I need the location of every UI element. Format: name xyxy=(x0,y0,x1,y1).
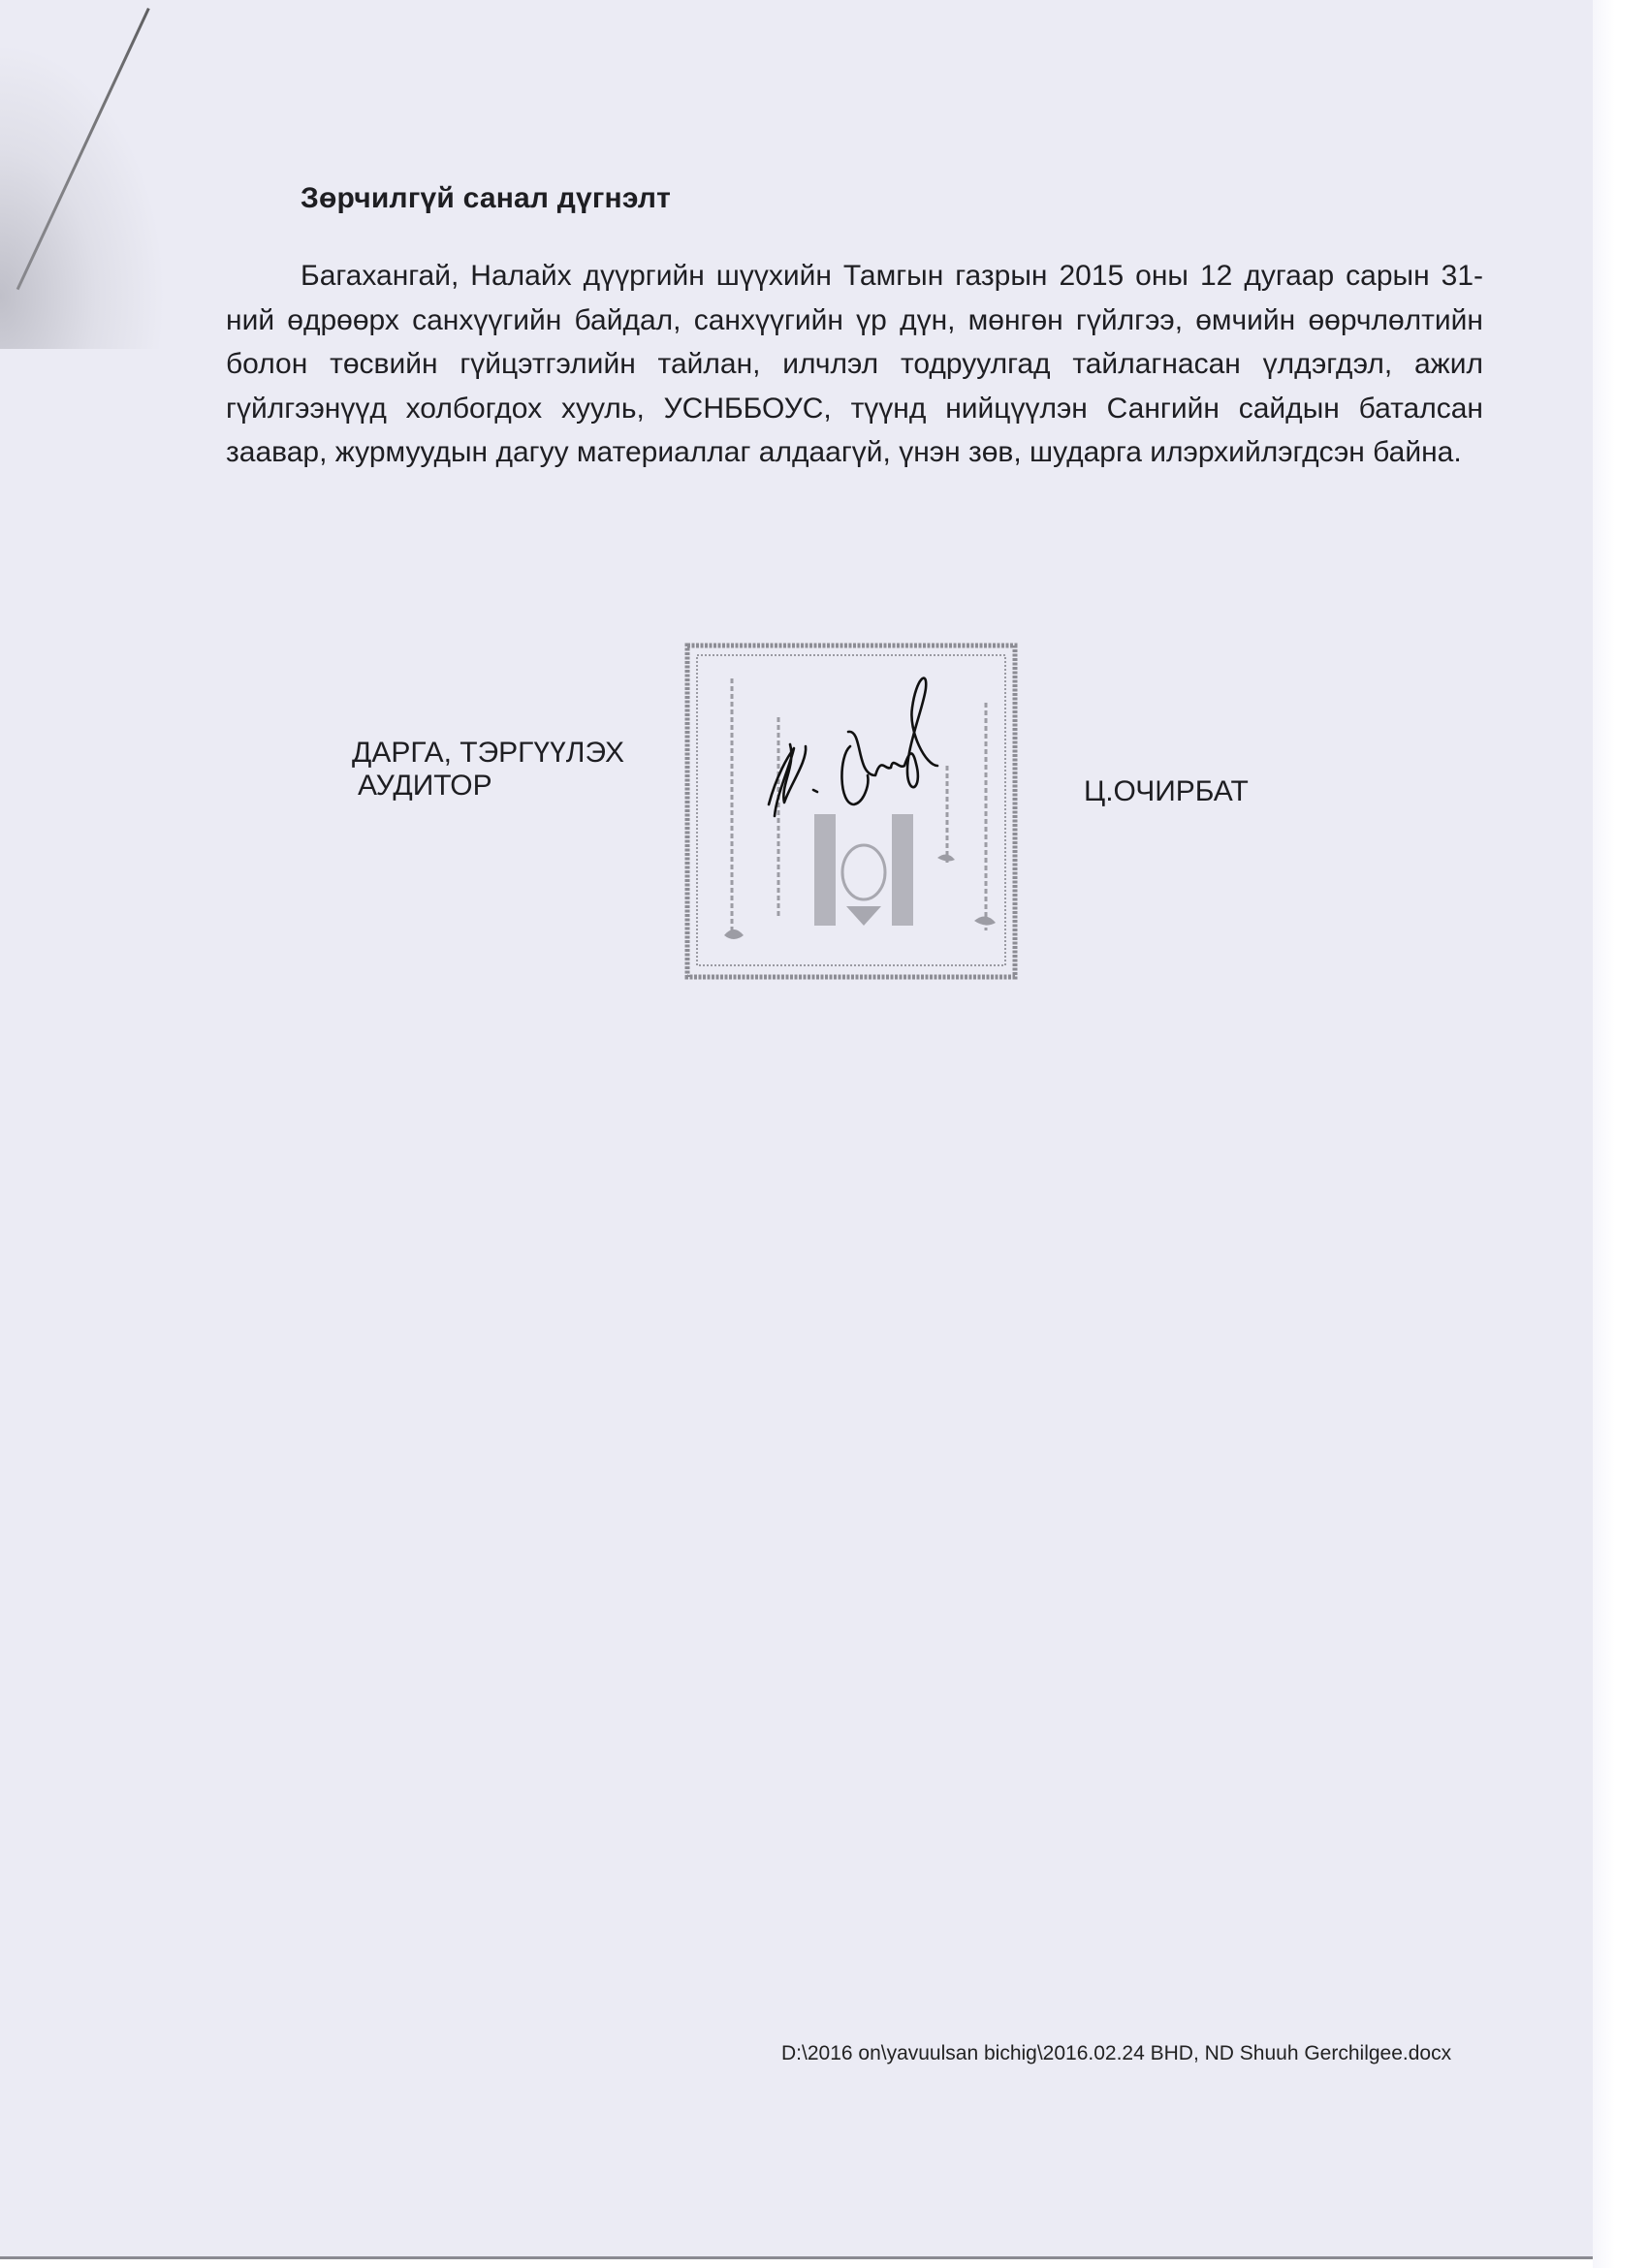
scan-margin xyxy=(1593,0,1648,2268)
document-heading: Зөрчилгүй санал дүгнэлт xyxy=(301,182,671,215)
signatory-name: Ц.ОЧИРБАТ xyxy=(1084,775,1249,808)
signatory-title: ДАРГА, ТЭРГҮҮЛЭХ АУДИТОР xyxy=(352,737,624,803)
official-seal-icon xyxy=(683,640,1021,984)
file-path-footer: D:\2016 on\yavuulsan bichig\2016.02.24 B… xyxy=(781,2042,1451,2065)
signatory-title-line1: ДАРГА, ТЭРГҮҮЛЭХ xyxy=(352,737,624,770)
opinion-paragraph: Багахангай, Налайх дүүргийн шүүхийн Тамг… xyxy=(226,254,1483,475)
scan-shadow xyxy=(0,0,194,349)
signatory-title-line2: АУДИТОР xyxy=(352,770,624,803)
